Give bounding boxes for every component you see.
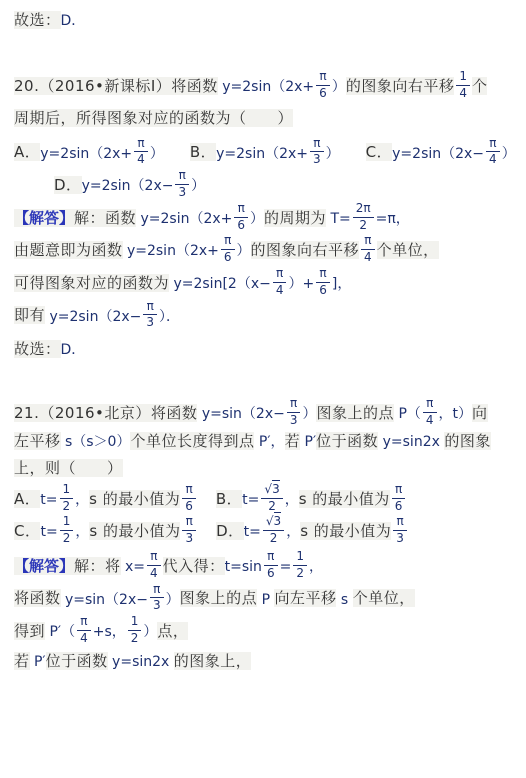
fraction-denominator: 6 [234, 218, 248, 233]
chinese-text: B． [190, 143, 216, 161]
fraction-numerator: π [182, 483, 196, 499]
fraction-numerator: π [486, 137, 500, 153]
chinese-text: 周期后，所得图象对应的函数为（ ） [14, 109, 293, 127]
fraction-denominator: 3 [150, 598, 164, 613]
math-text: y=sin（2x− [197, 406, 284, 422]
fraction-denominator: 6 [316, 283, 330, 298]
fraction-denominator: 6 [392, 499, 406, 514]
fraction-denominator: 6 [182, 499, 196, 514]
fraction-numerator: 1 [456, 70, 470, 86]
fraction-denominator: 4 [423, 413, 437, 428]
q20-solution-line4: 即有 y=2sin（2x−π3）． [14, 301, 520, 332]
q20-answer: 故选：D． [14, 337, 520, 362]
fraction-denominator: 2 [60, 499, 74, 514]
chinese-text: 的图象向右平移 [346, 77, 455, 95]
math-text: ） [150, 145, 164, 161]
math-text: D． [61, 342, 86, 358]
math-text: ， [75, 492, 89, 508]
chinese-text: 解：函数 [74, 209, 136, 227]
fraction-numerator: π [273, 267, 287, 283]
chinese-text: 20.（2016•新课标Ⅰ）将函数 [14, 77, 218, 95]
fraction-denominator: 4 [361, 250, 375, 265]
q20-options-row2: D．y=2sin（2x−π3） [14, 170, 520, 201]
math-text: T= [326, 211, 351, 227]
fraction-numerator: π [361, 234, 375, 250]
math-text: y=2sin（2x+ [123, 243, 219, 259]
math-text: D． [61, 13, 86, 29]
fraction-denominator: 6 [264, 566, 278, 581]
answer-tag: 【解答】 [14, 557, 74, 575]
fraction-denominator: 4 [147, 566, 161, 581]
fraction-numerator: π [134, 137, 148, 153]
q21-stem-line1: 21.（2016•北京）将函数 y=sin（2x−π3）图象上的点 P（π4，t… [14, 398, 520, 429]
math-text: P′ [300, 434, 316, 450]
chinese-text: 可得图象对应的函数为 [14, 274, 169, 292]
fraction: π4 [77, 615, 91, 646]
math-text: t= [40, 524, 57, 540]
fraction-numerator: π [175, 169, 189, 185]
fraction-denominator: 3 [287, 413, 301, 428]
fraction-numerator: π [316, 70, 330, 86]
math-text: ]， [332, 276, 351, 292]
fraction: 12 [128, 615, 142, 646]
math-text: +s， [93, 624, 126, 640]
math-text: P′（ [45, 624, 75, 640]
fraction-numerator: √3 [261, 483, 282, 499]
fraction-numerator: 1 [60, 515, 74, 531]
fraction: π4 [134, 137, 148, 168]
chinese-text: 的图象上， [174, 652, 252, 670]
chinese-text: 故选： [14, 11, 61, 29]
chinese-text: 21.（2016•北京）将函数 [14, 404, 197, 422]
chinese-text: 若 [14, 652, 30, 670]
fraction-denominator: 4 [273, 283, 287, 298]
math-text: ， [309, 559, 323, 575]
fraction: √32 [261, 483, 282, 514]
prev-question-answer: 故选：D． [14, 8, 520, 33]
q21-solution-line4: 若 P′位于函数 y=sin2x 的图象上， [14, 649, 520, 674]
q21-options-row2: C．t=12，s 的最小值为π3D．t=√32，s 的最小值为π3 [14, 516, 520, 547]
math-text: t= [40, 492, 57, 508]
fraction-numerator: π [147, 550, 161, 566]
math-text: t= [242, 492, 259, 508]
math-text: ） [191, 178, 205, 194]
math-text: ， [285, 492, 299, 508]
fraction: 14 [456, 70, 470, 101]
chinese-text: s 的最小值为 [300, 522, 391, 540]
chinese-text: s 的最小值为 [89, 522, 180, 540]
math-text: ） [326, 145, 340, 161]
radicand: 3 [272, 480, 280, 496]
chinese-text: 位于函数 [46, 652, 108, 670]
fraction-denominator: 2 [353, 218, 374, 233]
chinese-text: 个单位， [353, 589, 415, 607]
math-text: s [336, 591, 352, 607]
fraction-numerator: π [316, 267, 330, 283]
fraction-numerator: π [287, 397, 301, 413]
math-text: ） [302, 406, 316, 422]
chinese-text: C． [366, 143, 392, 161]
chinese-text: 个单位， [377, 241, 439, 259]
chinese-text: A． [14, 490, 40, 508]
q21-solution-line2: 将函数 y=sin（2x−π3）图象上的点 P 向左平移 s 个单位， [14, 584, 520, 615]
fraction: π6 [316, 70, 330, 101]
chinese-text: 个单位长度得到点 [130, 432, 254, 450]
fraction-numerator: π [423, 397, 437, 413]
fraction-denominator: 4 [486, 152, 500, 167]
math-text: = [280, 559, 292, 575]
fraction: π3 [150, 583, 164, 614]
math-text: y=2sin（2x− [82, 178, 174, 194]
chinese-text: 解：将 [74, 557, 121, 575]
fraction: π3 [310, 137, 324, 168]
chinese-text: 代入得： [163, 557, 225, 575]
answer-tag: 【解答】 [14, 209, 74, 227]
fraction-denominator: 6 [316, 86, 330, 101]
fraction: 12 [60, 483, 74, 514]
chinese-text: 的周期为 [264, 209, 326, 227]
fraction: π3 [393, 515, 407, 546]
fraction-numerator: π [393, 515, 407, 531]
q20-stem-line2: 周期后，所得图象对应的函数为（ ） [14, 106, 520, 130]
fraction: 12 [60, 515, 74, 546]
fraction-denominator: 2 [263, 531, 284, 546]
chinese-text: A． [14, 143, 40, 161]
fraction-denominator: 2 [261, 499, 282, 514]
math-text: ， [286, 524, 300, 540]
math-text: y=2sin（2x+ [136, 211, 232, 227]
fraction-denominator: 3 [310, 152, 324, 167]
q20-solution-line1: 【解答】解：函数 y=2sin（2x+π6）的周期为 T=2π2=π， [14, 203, 520, 234]
q20-stem-line1: 20.（2016•新课标Ⅰ）将函数 y=2sin（2x+π6）的图象向右平移14… [14, 71, 520, 102]
fraction-denominator: 2 [60, 531, 74, 546]
fraction: π4 [147, 550, 161, 581]
math-text: ） [502, 145, 516, 161]
fraction: π3 [287, 397, 301, 428]
fraction-denominator: 3 [175, 185, 189, 200]
q21-solution-line1: 【解答】解：将 x=π4代入得：t=sinπ6=12， [14, 551, 520, 582]
math-text: s（s＞0） [61, 434, 131, 450]
chinese-text: 的图象向右平移 [251, 241, 360, 259]
q20-solution-line3: 可得图象对应的函数为 y=2sin[2（x−π4）+π6]， [14, 268, 520, 299]
fraction: π6 [221, 234, 235, 265]
fraction: π4 [361, 234, 375, 265]
math-text: P′ [30, 654, 46, 670]
fraction-denominator: 4 [456, 86, 470, 101]
chinese-text: 左平移 [14, 432, 61, 450]
math-text: y=sin2x [108, 654, 174, 670]
fraction-numerator: π [310, 137, 324, 153]
chinese-text: 图象上的点 [180, 589, 258, 607]
chinese-text: D． [54, 176, 82, 194]
fraction: 2π2 [353, 202, 374, 233]
math-text: ，t） [439, 406, 473, 422]
math-text: y=2sin（2x+ [218, 79, 314, 95]
math-text: P（ [394, 406, 421, 422]
fraction-numerator: 1 [128, 615, 142, 631]
chinese-text: 若 [285, 432, 301, 450]
chinese-text: s 的最小值为 [299, 490, 390, 508]
fraction: π6 [182, 483, 196, 514]
fraction-denominator: 2 [293, 566, 307, 581]
chinese-text: D． [216, 522, 244, 540]
math-text: ）+ [288, 276, 314, 292]
q21-stem-line3: 上，则（ ） [14, 456, 520, 480]
math-text: ） [237, 243, 251, 259]
fraction-denominator: 3 [143, 315, 157, 330]
chinese-text: 点， [157, 622, 188, 640]
fraction-denominator: 3 [182, 531, 196, 546]
math-text: y=2sin（2x− [392, 145, 484, 161]
math-text: P′， [254, 434, 284, 450]
chinese-text: 个 [472, 77, 488, 95]
fraction: π6 [264, 550, 278, 581]
fraction-denominator: 2 [128, 631, 142, 646]
math-text: y=sin2x [378, 434, 444, 450]
chinese-text: 向左平移 [274, 589, 336, 607]
fraction: π3 [175, 169, 189, 200]
fraction-denominator: 4 [77, 631, 91, 646]
fraction: π3 [182, 515, 196, 546]
fraction: π6 [316, 267, 330, 298]
fraction: π3 [143, 300, 157, 331]
math-text: t=sin [225, 559, 262, 575]
fraction-numerator: 1 [60, 483, 74, 499]
q21-stem-line2: 左平移 s（s＞0）个单位长度得到点 P′，若 P′位于函数 y=sin2x 的… [14, 429, 520, 454]
chinese-text: 位于函数 [316, 432, 378, 450]
chinese-text: s 的最小值为 [89, 490, 180, 508]
fraction-numerator: 1 [293, 550, 307, 566]
chinese-text: 得到 [14, 622, 45, 640]
fraction-numerator: √3 [263, 515, 284, 531]
fraction: π4 [423, 397, 437, 428]
fraction: π6 [392, 483, 406, 514]
chinese-text: C． [14, 522, 40, 540]
math-text: =π， [376, 211, 410, 227]
fraction-numerator: π [77, 615, 91, 631]
math-text: y=sin（2x− [61, 591, 148, 607]
chinese-text: 的图象 [444, 432, 491, 450]
fraction-numerator: π [221, 234, 235, 250]
q21-solution-line3: 得到 P′（π4+s，12）点， [14, 616, 520, 647]
fraction-numerator: π [264, 550, 278, 566]
math-text: y=2sin（2x+ [216, 145, 308, 161]
fraction-numerator: π [143, 300, 157, 316]
math-text: ） [332, 79, 346, 95]
fraction-numerator: π [234, 202, 248, 218]
fraction-denominator: 3 [393, 531, 407, 546]
math-text: ， [75, 524, 89, 540]
chinese-text: 由题意即为函数 [14, 241, 123, 259]
math-text: y=2sin（2x+ [40, 145, 132, 161]
fraction: π6 [234, 202, 248, 233]
chinese-text: 故选： [14, 340, 61, 358]
fraction: √32 [263, 515, 284, 546]
math-text: P [257, 591, 274, 607]
math-text: ） [250, 211, 264, 227]
math-text: t= [244, 524, 261, 540]
fraction-denominator: 6 [221, 250, 235, 265]
math-text: x= [121, 559, 145, 575]
q20-solution-line2: 由题意即为函数 y=2sin（2x+π6）的图象向右平移π4个单位， [14, 235, 520, 266]
chinese-text: 图象上的点 [316, 404, 394, 422]
fraction: π4 [273, 267, 287, 298]
chinese-text: 上，则（ ） [14, 459, 123, 477]
fraction-denominator: 4 [134, 152, 148, 167]
math-text: ） [166, 591, 180, 607]
math-text: ） [143, 624, 157, 640]
math-text: y=2sin（2x− [45, 308, 141, 324]
fraction-numerator: π [392, 483, 406, 499]
q21-options-row1: A．t=12，s 的最小值为π6B．t=√32，s 的最小值为π6 [14, 484, 520, 515]
fraction-numerator: 2π [353, 202, 374, 218]
document: 故选：D．20.（2016•新课标Ⅰ）将函数 y=2sin（2x+π6）的图象向… [0, 0, 526, 674]
chinese-text: 向 [472, 404, 488, 422]
fraction-numerator: π [150, 583, 164, 599]
chinese-text: 将函数 [14, 589, 61, 607]
chinese-text: B． [216, 490, 242, 508]
radicand: 3 [274, 512, 282, 528]
fraction: π4 [486, 137, 500, 168]
chinese-text: 即有 [14, 306, 45, 324]
fraction: 12 [293, 550, 307, 581]
math-text: y=2sin[2（x− [169, 276, 271, 292]
math-text: ）． [159, 308, 180, 324]
fraction-numerator: π [182, 515, 196, 531]
q20-options-row1: A．y=2sin（2x+π4）B．y=2sin（2x+π3）C．y=2sin（2… [14, 138, 520, 169]
